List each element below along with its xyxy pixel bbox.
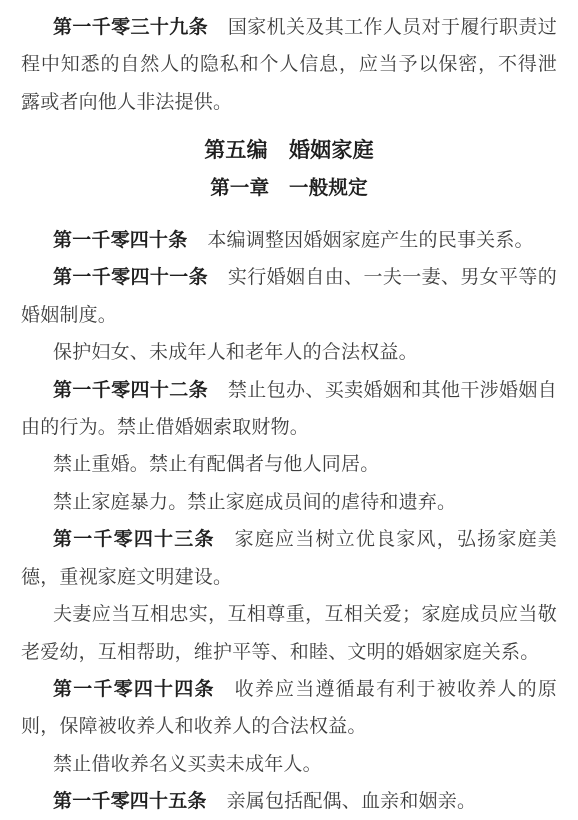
article-1045-number: 第一千零四十五条: [53, 791, 207, 812]
article-1041-paragraph-2: 保护妇女、未成年人和老年人的合法权益。: [21, 334, 557, 371]
article-1040-text: 本编调整因婚姻家庭产生的民事关系。: [207, 230, 533, 251]
article-1042-paragraph-2: 禁止重婚。禁止有配偶者与他人同居。: [21, 446, 557, 483]
article-1045-text: 亲属包括配偶、血亲和姻亲。: [227, 791, 477, 812]
article-1043-number: 第一千零四十三条: [53, 529, 215, 550]
article-1039-number: 第一千零三十九条: [53, 17, 208, 38]
article-1040: 第一千零四十条本编调整因婚姻家庭产生的民事关系。: [21, 222, 557, 259]
law-text-body: 第一千零三十九条国家机关及其工作人员对于履行职责过程中知悉的自然人的隐私和个人信…: [21, 9, 557, 820]
article-1042-paragraph-3: 禁止家庭暴力。禁止家庭成员间的虐待和遗弃。: [21, 484, 557, 521]
article-1040-number: 第一千零四十条: [53, 230, 187, 251]
article-1041: 第一千零四十一条实行婚姻自由、一夫一妻、男女平等的婚姻制度。: [21, 259, 557, 334]
article-1042-number: 第一千零四十二条: [53, 380, 208, 401]
part-5-heading: 第五编 婚姻家庭: [21, 132, 557, 169]
chapter-1-heading: 第一章 一般规定: [21, 170, 557, 207]
article-1045: 第一千零四十五条亲属包括配偶、血亲和姻亲。: [21, 783, 557, 820]
document-page: 第一千零三十九条国家机关及其工作人员对于履行职责过程中知悉的自然人的隐私和个人信…: [0, 0, 578, 820]
article-1041-number: 第一千零四十一条: [53, 267, 208, 288]
article-1043-paragraph-2: 夫妻应当互相忠实，互相尊重，互相关爱；家庭成员应当敬老爱幼，互相帮助，维护平等、…: [21, 596, 557, 671]
article-1044: 第一千零四十四条收养应当遵循最有利于被收养人的原则，保障被收养人和收养人的合法权…: [21, 671, 557, 746]
article-1044-paragraph-2: 禁止借收养名义买卖未成年人。: [21, 746, 557, 783]
article-1042: 第一千零四十二条禁止包办、买卖婚姻和其他干涉婚姻自由的行为。禁止借婚姻索取财物。: [21, 372, 557, 447]
article-1044-number: 第一千零四十四条: [53, 679, 215, 700]
article-1039: 第一千零三十九条国家机关及其工作人员对于履行职责过程中知悉的自然人的隐私和个人信…: [21, 9, 557, 121]
article-1043: 第一千零四十三条家庭应当树立优良家风，弘扬家庭美德，重视家庭文明建设。: [21, 521, 557, 596]
